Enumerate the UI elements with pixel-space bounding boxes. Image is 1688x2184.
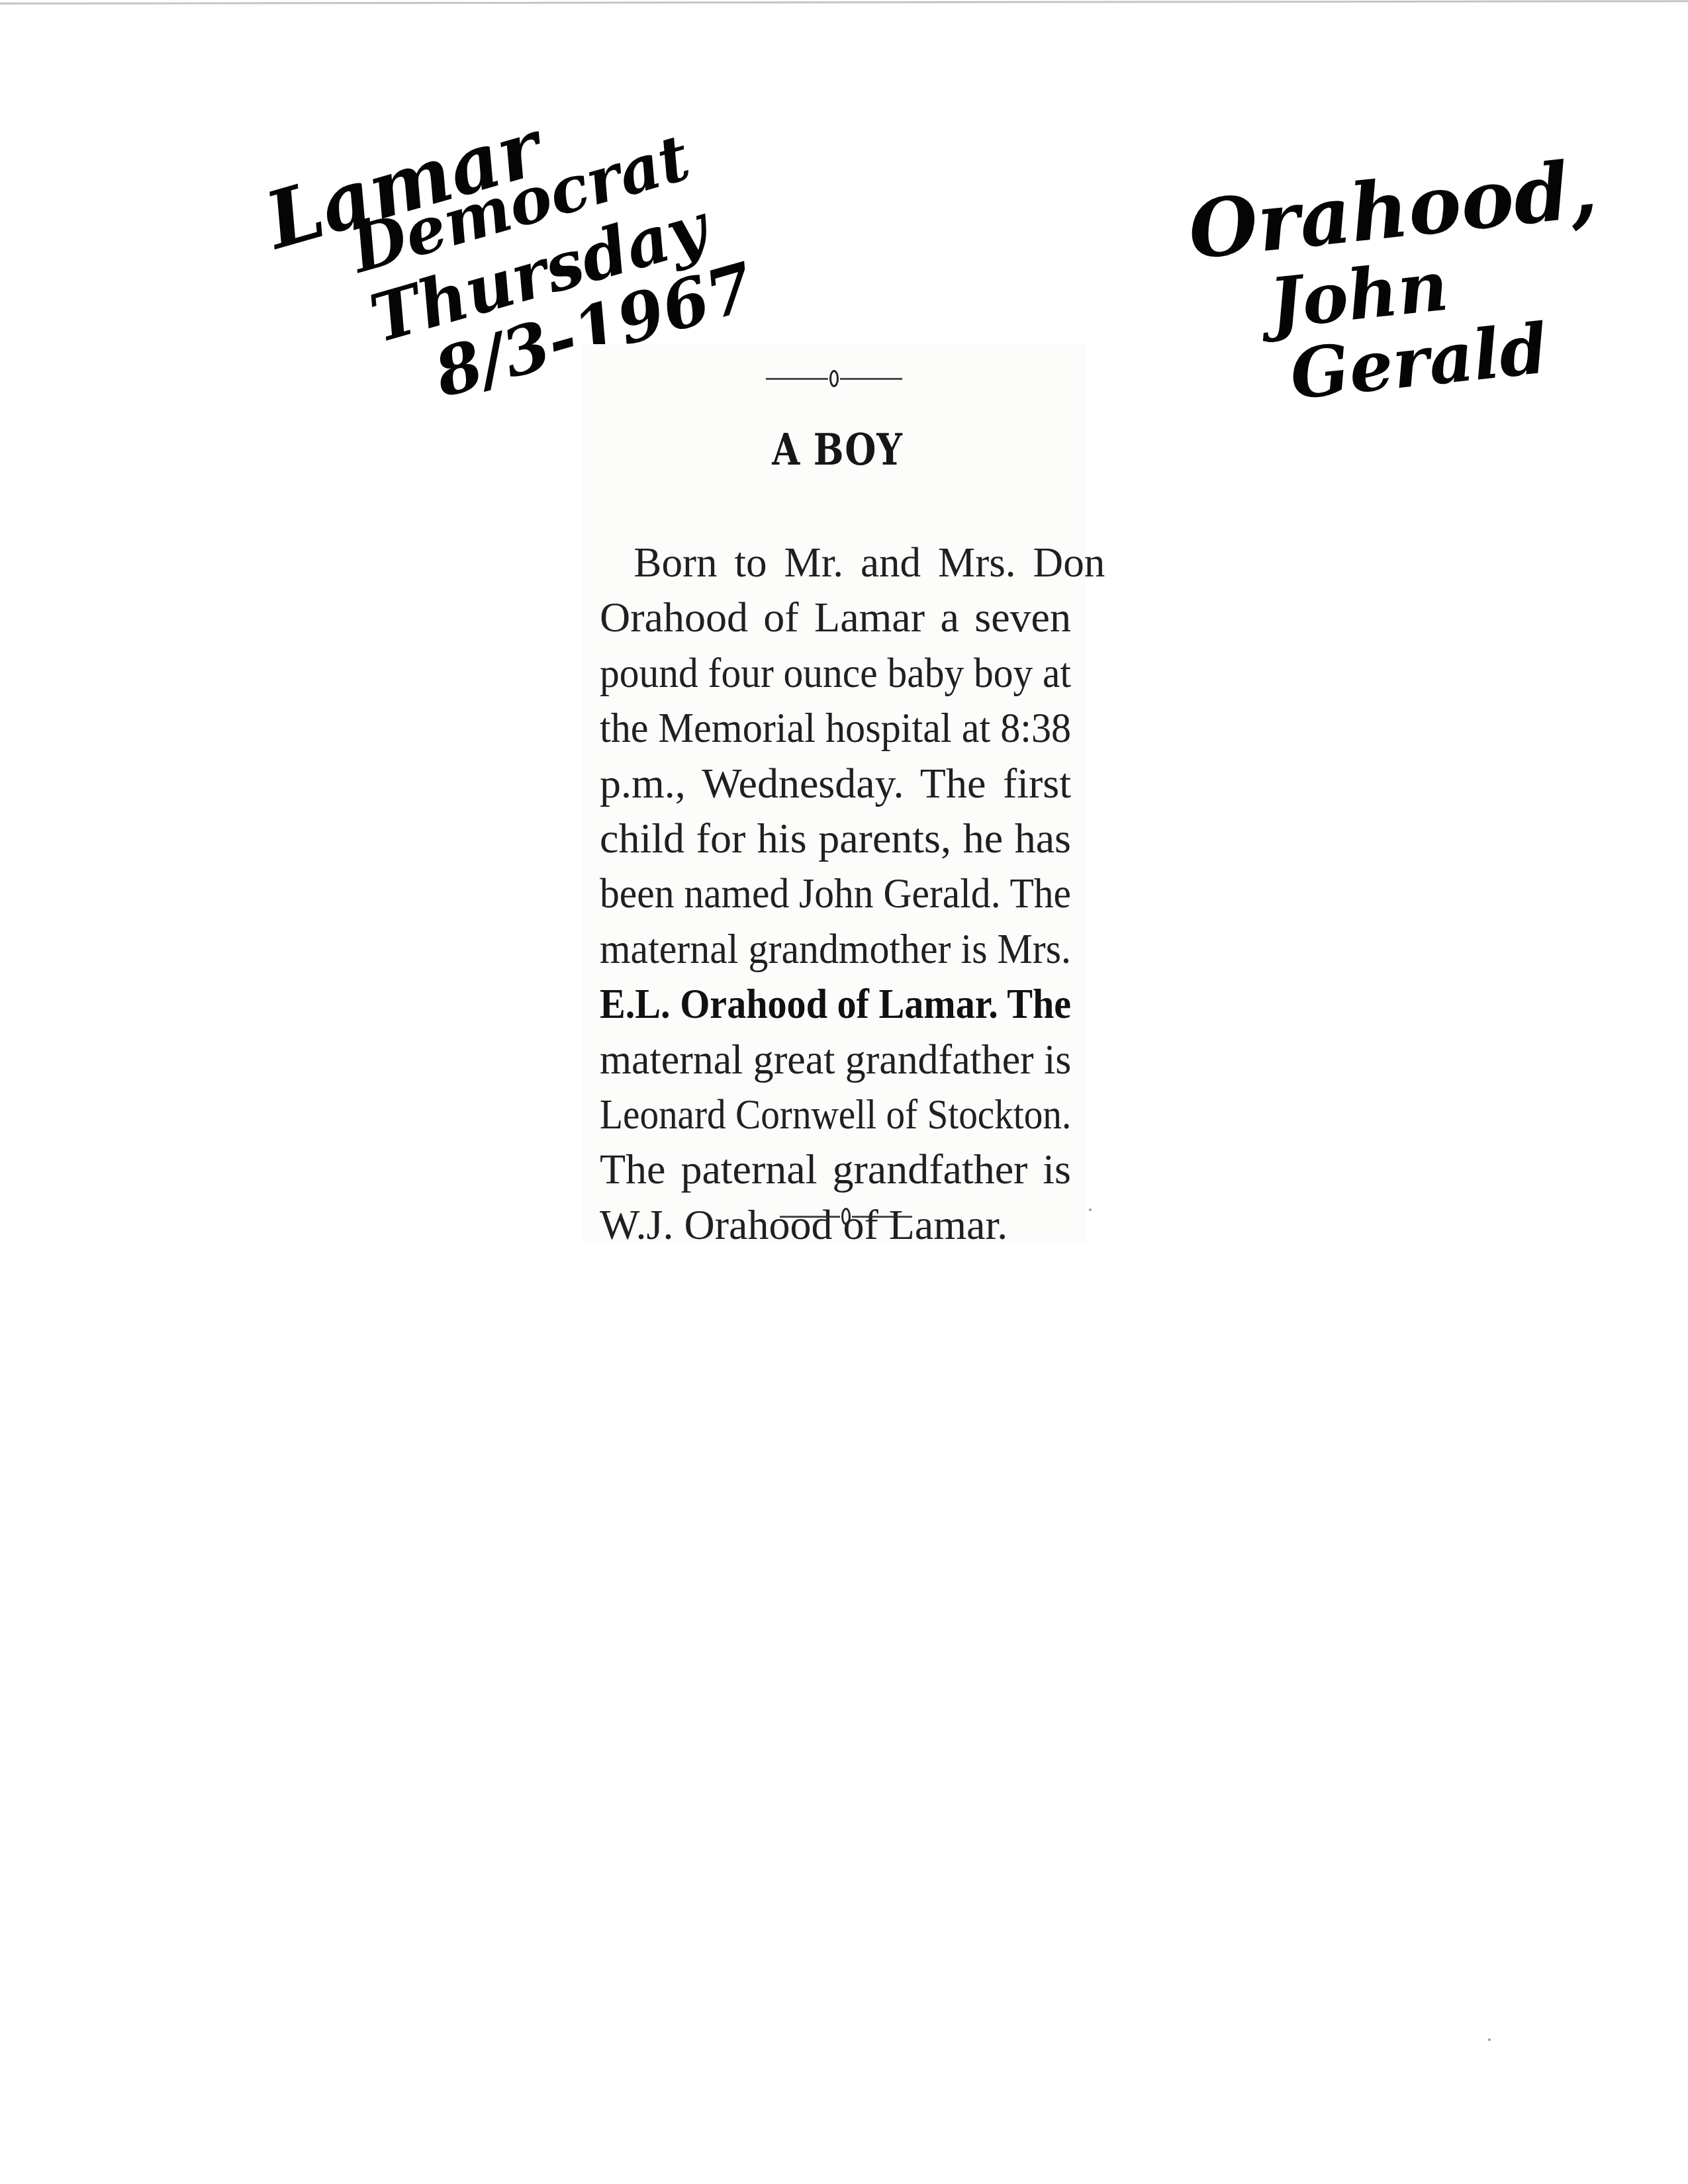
article-body: Born to Mr. and Mrs. DonOrahood of Lamar… [600,535,1071,1252]
article-line: child for his parents, he has [600,811,1071,866]
handwritten-subject-name: Orahood, John Gerald [1185,149,1616,418]
divider-rule [780,1216,840,1218]
divider-rule [840,378,902,380]
article-line: the Memorial hospital at 8:38 [600,700,1071,755]
divider-ornament-icon [841,1208,851,1225]
article-line: maternal great grandfather is [600,1032,1071,1087]
bottom-divider [780,1206,912,1226]
article-line: Orahood of Lamar a seven [600,590,1071,645]
article-line: pound four ounce baby boy at [600,645,1071,700]
scan-speck [1488,2038,1491,2041]
scan-edge [0,0,1688,5]
divider-ornament-icon [829,370,839,387]
article-line: Leonard Cornwell of Stockton. [600,1087,1071,1142]
article-line: Born to Mr. and Mrs. Don [600,535,1105,590]
scan-speck [1089,1208,1092,1211]
article-line: The paternal grandfather is [600,1142,1071,1197]
article-line: maternal grandmother is Mrs. [600,921,1071,976]
article-line: E.L. Orahood of Lamar. The [600,976,1071,1031]
article-title: A BOY [748,424,927,475]
article-line: been named John Gerald. The [600,866,1071,921]
top-divider [766,369,902,388]
divider-rule [852,1216,912,1218]
divider-rule [766,378,828,380]
article-line: p.m., Wednesday. The first [600,756,1071,811]
